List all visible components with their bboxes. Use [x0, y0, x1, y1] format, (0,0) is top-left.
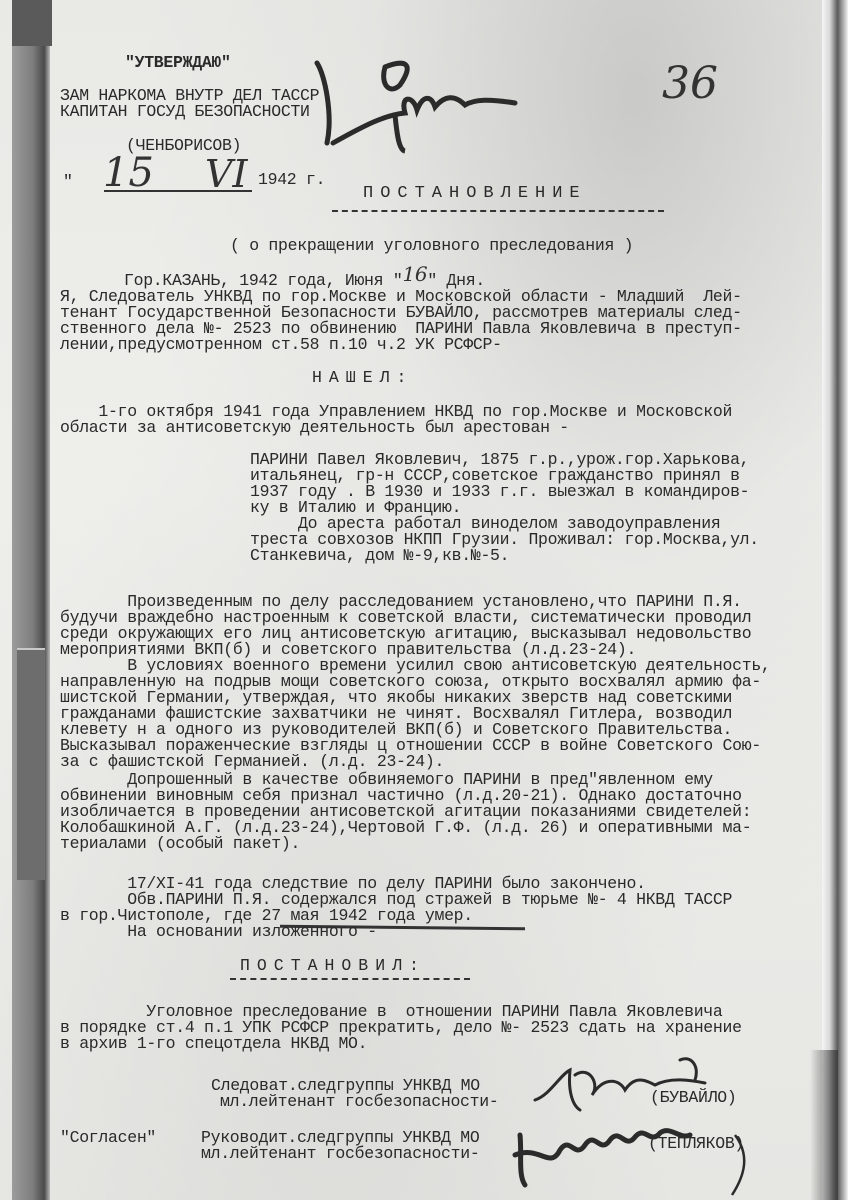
date-underline — [104, 190, 252, 192]
approval-stamp: "УТВЕРЖДАЮ" — [125, 55, 231, 72]
intro-line: лении,предусмотренном ст.58 п.10 ч.2 УК … — [60, 337, 502, 354]
person-line: Станкевича, дом №-9,кв.№-5. — [250, 548, 509, 565]
page-curl-shadow — [810, 1050, 838, 1200]
agreed-label: "Согласен" — [60, 1130, 156, 1147]
binding-edge — [12, 0, 50, 1200]
approval-date-quote: " — [63, 174, 73, 191]
resolved-underline — [230, 978, 470, 980]
investigation-line: за с фашистской Германией. (л.д. 23-24). — [60, 754, 444, 771]
signer2-line2: мл.лейтенант госбезопасности- — [201, 1146, 479, 1163]
binding-top-shadow — [12, 0, 52, 46]
document-subtitle: ( о прекращении уголовного преследования… — [230, 238, 633, 255]
title-underline — [332, 210, 664, 212]
resolution-line: в архив 1-го спецотдела НКВД МО. — [60, 1036, 367, 1053]
handwritten-day-16: 16 — [402, 262, 427, 286]
resolved-heading: ПОСТАНОВИЛ: — [240, 958, 426, 975]
approval-position-line2: КАПИТАН ГОСУД БЕЗОПАСНОСТИ — [60, 104, 310, 121]
document-title: ПОСТАНОВЛЕНИЕ — [363, 186, 587, 203]
signer1-line2: мл.лейтенант госбезопасности- — [220, 1094, 498, 1111]
conclusion-line: На основании изложенного - — [60, 924, 377, 941]
investigation-line: териалами (особый пакет). — [60, 836, 300, 853]
page-right-edge — [822, 0, 848, 1200]
handwritten-page-number: 36 — [662, 58, 718, 109]
found-heading: НАШЕЛ: — [312, 370, 413, 387]
scanned-document-page: "УТВЕРЖДАЮ" ЗАМ НАРКОМА ВНУТР ДЕЛ ТАССР … — [0, 0, 848, 1200]
signer2-signature — [510, 1115, 760, 1200]
approval-date-year: 1942 г. — [258, 172, 325, 189]
binding-strip — [17, 648, 45, 880]
approval-signature — [305, 55, 535, 155]
found-line: области за антисоветскую деятельность бы… — [60, 420, 569, 437]
